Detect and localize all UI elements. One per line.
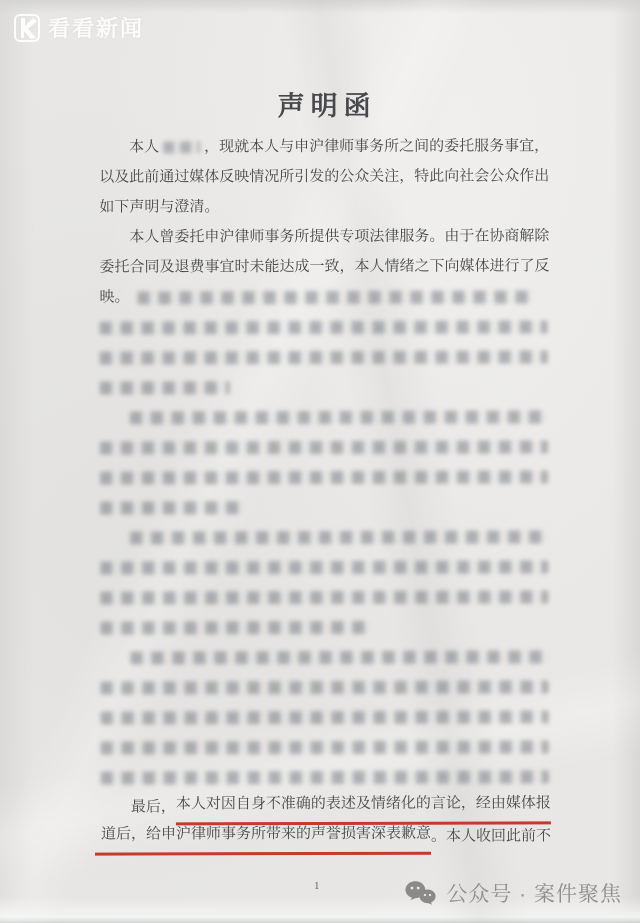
redacted-text-line: [101, 671, 551, 702]
p1-line3: 如下声明与澄清。: [99, 191, 549, 222]
page-number: 1: [314, 880, 320, 892]
kankan-news-logo-icon: [14, 14, 40, 42]
redacted-text-line: [100, 611, 550, 642]
redacted-text-run: [101, 740, 549, 754]
redacted-text-run: [100, 620, 370, 634]
redacted-text-run: [100, 381, 230, 394]
redacted-text-run: [100, 590, 548, 604]
kankan-news-logo-text: 看看新闻: [48, 12, 144, 43]
p2-line3: 映。: [100, 281, 550, 312]
wechat-account-label: 公众号 · 案件聚焦: [446, 878, 622, 908]
p1-line2: 以及此前通过媒体反映情况所引发的公众关注，特此向社会公众作出: [99, 161, 549, 192]
redacted-text-line: [100, 551, 550, 582]
redacted-text-run: [138, 290, 534, 304]
kankan-news-watermark: 看看新闻: [14, 12, 144, 43]
redacted-text-run: [101, 680, 549, 694]
redacted-text-line: [100, 341, 550, 372]
wechat-icon: [405, 880, 437, 907]
redacted-text-run: [130, 650, 548, 664]
document-photo: 看看新闻 声明函 本人，现就本人与申沪律师事务所之间的委托服务事宜， 以及此前通…: [0, 0, 640, 923]
redacted-text-line: [101, 731, 551, 762]
redacted-text-run: [100, 320, 548, 334]
p2-line2: 委托合同及退费事宜时未能达成一致，本人情绪之下向媒体进行了反: [99, 251, 549, 282]
redacted-text-line: [100, 311, 550, 342]
wechat-account-watermark: 公众号 · 案件聚焦: [405, 878, 622, 908]
redacted-text-line: [100, 401, 550, 432]
p2-line1: 本人曾委托申沪律师事务所提供专项法律服务。由于在协商解除: [99, 221, 549, 252]
statement-letter: 声明函 本人，现就本人与申沪律师事务所之间的委托服务事宜， 以及此前通过媒体反映…: [99, 87, 551, 852]
redacted-text-run: [101, 770, 549, 784]
redacted-text-run: [100, 470, 548, 484]
redacted-text-line: [100, 431, 550, 462]
redacted-text-line: [100, 521, 550, 552]
redacted-text-run: [101, 710, 549, 724]
redacted-text-run: [100, 350, 548, 364]
redacted-text-line: [100, 641, 550, 672]
final-line2: 道后，给申沪律师事务所带来的声誉损害深表歉意。本人收回此前不: [101, 821, 551, 852]
redacted-text-run: [100, 440, 548, 454]
redacted-person-name: [163, 141, 200, 153]
redacted-text-line: [101, 701, 551, 732]
redacted-text-run: [130, 410, 548, 424]
redacted-text-line: [100, 581, 550, 612]
redacted-text-run: [130, 530, 548, 544]
final-line1: 最后，本人对因自身不准确的表述及情绪化的言论，经由媒体报: [101, 791, 551, 822]
redacted-text-line: [100, 461, 550, 492]
redacted-text-line: [100, 371, 550, 402]
redacted-text-line: [100, 491, 550, 522]
redacted-section: [100, 311, 551, 792]
redacted-text-run: [100, 501, 245, 514]
p1-line1: 本人，现就本人与申沪律师事务所之间的委托服务事宜，: [99, 131, 549, 162]
redacted-text-run: [100, 560, 548, 574]
red-underlined-text: 道后，给申沪律师事务所带来的声誉损害深表歉意: [95, 819, 431, 856]
letter-title: 声明函: [99, 87, 549, 132]
